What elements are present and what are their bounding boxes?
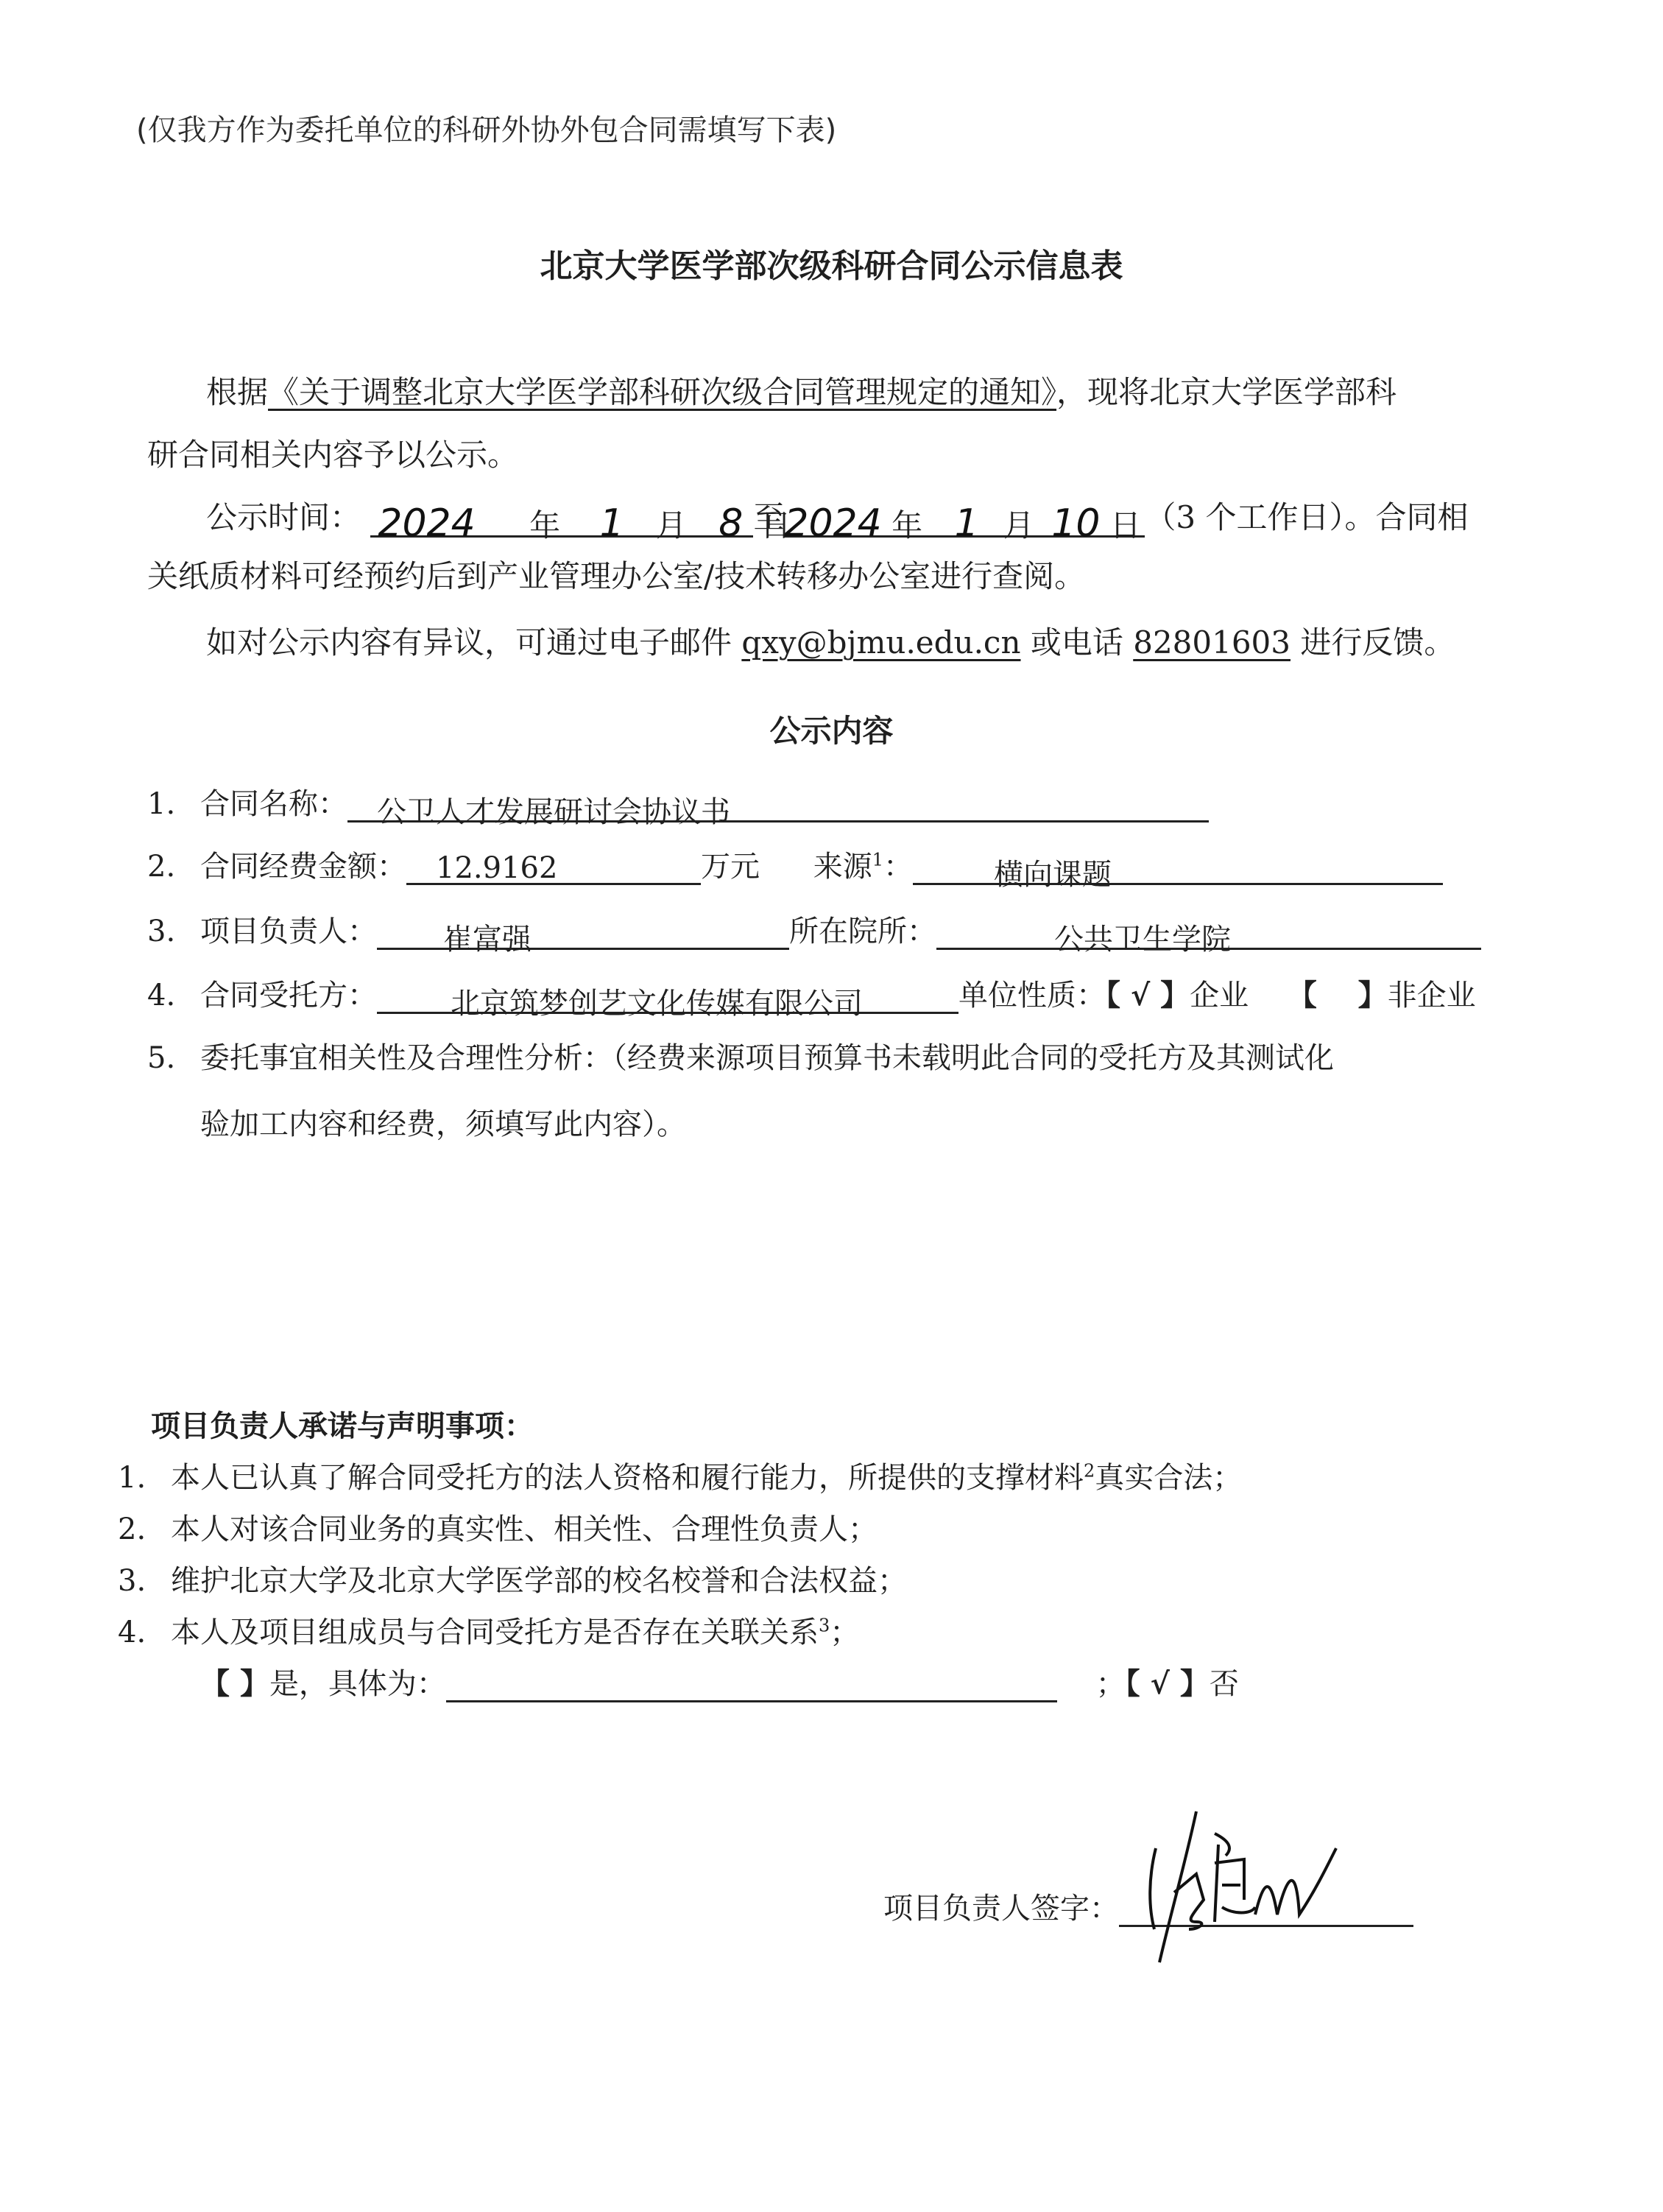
analysis-text-area[interactable]: [200, 1149, 1496, 1370]
feedback-email-link[interactable]: qxy@bjmu.edu.cn: [741, 624, 1020, 661]
feedback-phone[interactable]: 82801603: [1133, 624, 1290, 661]
declaration-item-1: 1.本人已认真了解合同受托方的法人资格和履行能力，所提供的支撑材料2真实合法；: [118, 1454, 1242, 1496]
publicity-period-line: 公示时间： 2024 年 1 月 8 日 至 2024 年 1 月 10 日 （…: [206, 493, 1468, 538]
relation-row: 【 】是，具体为： ；【 √ 】否: [200, 1660, 1239, 1702]
project-leader-field[interactable]: 崔富强: [377, 916, 789, 950]
relation-detail-field[interactable]: [446, 1669, 1057, 1702]
relation-no-checkbox[interactable]: 【 √ 】: [1126, 1666, 1210, 1701]
start-year: 2024: [378, 501, 475, 546]
signature-label: 项目负责人签字：: [883, 1892, 1119, 1926]
working-days-note: （3 个工作日）。合同相: [1145, 499, 1468, 535]
start-date-field[interactable]: 2024 年 1 月 8 日: [370, 501, 753, 538]
regulation-link[interactable]: 《关于调整北京大学医学部科研次级合同管理规定的通知》: [268, 374, 1056, 410]
department-field[interactable]: 公共卫生学院: [936, 916, 1481, 950]
project-leader-row: 3.项目负责人：崔富强所在院所：公共卫生学院: [147, 908, 1481, 950]
applicability-note: (仅我方作为委托单位的科研外协外包合同需填写下表): [136, 107, 836, 149]
publicity-period-label: 公示时间：: [206, 499, 361, 535]
publicity-period-line-2: 关纸质材料可经预约后到产业管理办公室/技术转移办公室进行查阅。: [147, 552, 1085, 596]
amount-field[interactable]: 12.9162: [406, 851, 701, 885]
end-date-field[interactable]: 2024 年 1 月 10 日: [784, 501, 1145, 538]
contractor-field[interactable]: 北京筑梦创艺文化传媒有限公司: [377, 980, 958, 1014]
feedback-line: 如对公示内容有异议，可通过电子邮件 qxy@bjmu.edu.cn 或电话 82…: [206, 619, 1455, 663]
enterprise-checkbox[interactable]: 【 √ 】: [1106, 978, 1190, 1012]
intro-line-1: 根据《关于调整北京大学医学部科研次级合同管理规定的通知》，现将北京大学医学部科: [206, 368, 1397, 412]
non-enterprise-checkbox[interactable]: 【 】: [1288, 978, 1388, 1012]
declaration-item-2: 2.本人对该合同业务的真实性、相关性、合理性负责人；: [118, 1506, 878, 1548]
end-month: 1: [954, 501, 978, 546]
content-heading: 公示内容: [0, 707, 1663, 751]
handwritten-signature-icon: [1126, 1804, 1362, 1966]
amount-row: 2.合同经费金额：12.9162万元 来源1：横向课题: [147, 843, 1443, 885]
intro-prefix: 根据: [206, 374, 268, 410]
end-day: 10: [1051, 501, 1100, 546]
contractor-row: 4.合同受托方：北京筑梦创艺文化传媒有限公司单位性质：【 √ 】企业 【 】非企…: [147, 972, 1476, 1014]
contract-name-row: 1.合同名称：公卫人才发展研讨会协议书: [147, 781, 1209, 823]
page-title: 北京大学医学部次级科研合同公示信息表: [0, 239, 1663, 286]
declaration-item-4: 4.本人及项目组成员与合同受托方是否存在关联关系3；: [118, 1609, 859, 1651]
funding-source-field[interactable]: 横向课题: [913, 851, 1443, 885]
relation-yes-checkbox[interactable]: 【 】: [200, 1666, 269, 1701]
start-day: 8: [718, 501, 743, 546]
analysis-row: 5.委托事宜相关性及合理性分析：（经费来源项目预算书未载明此合同的受托方及其测试…: [147, 1035, 1334, 1077]
intro-line-2: 研合同相关内容予以公示。: [147, 431, 518, 475]
end-year: 2024: [784, 501, 881, 546]
analysis-row-line-2: 验加工内容和经费，须填写此内容）。: [200, 1101, 686, 1143]
declaration-item-3: 3.维护北京大学及北京大学医学部的校名校誉和合法权益；: [118, 1557, 907, 1599]
start-month: 1: [599, 501, 624, 546]
intro-suffix: ，现将北京大学医学部科: [1056, 374, 1397, 410]
contract-name-field[interactable]: 公卫人才发展研讨会协议书: [347, 789, 1209, 823]
declaration-heading: 项目负责人承诺与声明事项：: [151, 1403, 534, 1445]
